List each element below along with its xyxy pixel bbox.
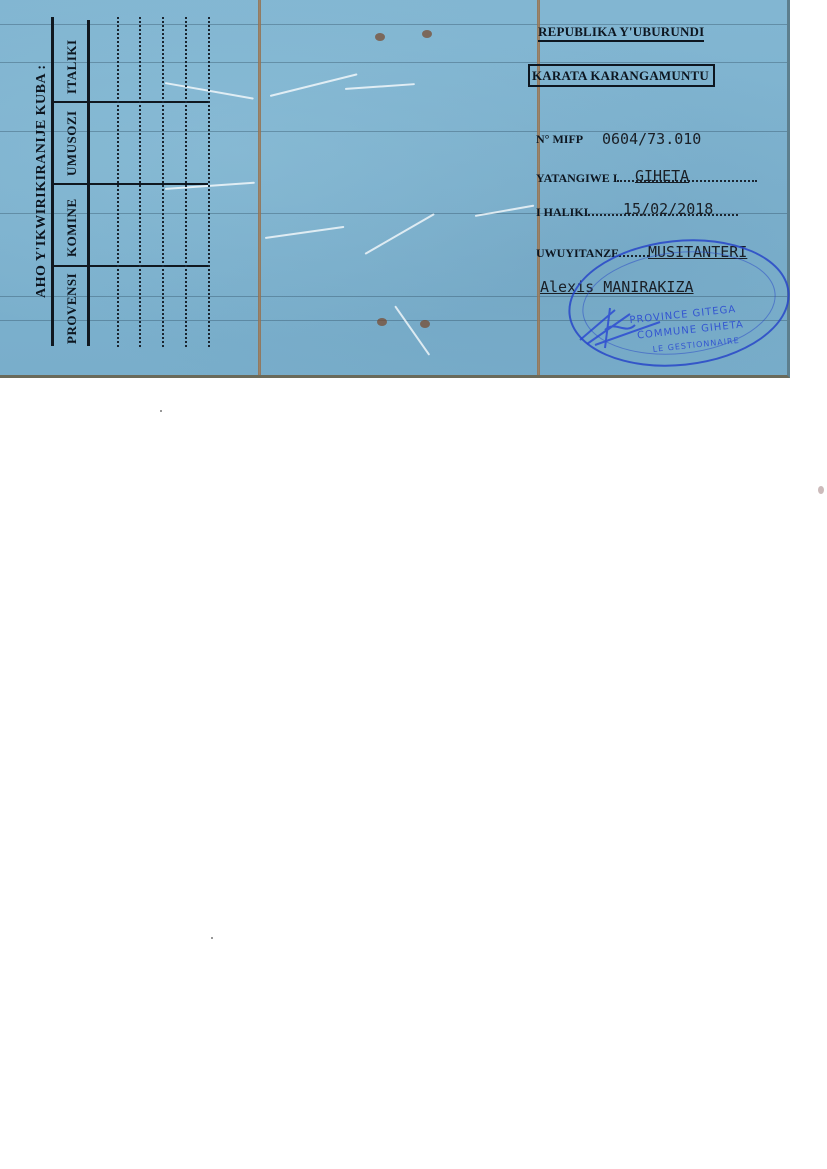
column-header-umusozi: UMUSOZI	[64, 110, 80, 176]
scan-speck	[160, 410, 162, 412]
field-label: I HALIKI	[536, 205, 588, 219]
entry-line	[117, 17, 119, 347]
scan-speck	[818, 486, 824, 494]
entry-line	[139, 17, 141, 347]
field-label: N° MIFP	[536, 132, 583, 146]
column-header-komine: KOMINE	[64, 198, 80, 257]
issued-at-value: GIHETA	[635, 167, 689, 185]
field-label: YATANGIWE I	[536, 171, 617, 185]
table-border	[51, 17, 54, 346]
entry-line	[185, 17, 187, 347]
field-label: UWUYITANZE	[536, 246, 619, 260]
blank-middle-panel	[262, 0, 536, 378]
entry-line	[208, 17, 210, 347]
column-header-provensi: PROVENSI	[64, 273, 80, 344]
panel-heading: AHO Y'IKWIRIKIRANIJE KUBA :	[34, 64, 50, 298]
entry-line	[162, 17, 164, 347]
country-title: REPUBLIKA Y'UBURUNDI	[538, 24, 704, 42]
scan-speck	[211, 937, 213, 939]
residence-history-panel: AHO Y'IKWIRIKIRANIJE KUBA : PROVENSI KOM…	[0, 0, 258, 378]
date-value: 15/02/2018	[623, 200, 713, 218]
field-mifp-label: N° MIFP	[536, 132, 583, 147]
fold-line	[258, 0, 261, 375]
signature	[575, 300, 665, 350]
column-header-italiki: ITALIKI	[64, 39, 80, 94]
mifp-number: 0604/73.010	[602, 130, 701, 148]
card-title: KARATA KARANGAMUNTU	[528, 64, 715, 87]
identity-card: AHO Y'IKWIRIKIRANIJE KUBA : PROVENSI KOM…	[0, 0, 790, 378]
